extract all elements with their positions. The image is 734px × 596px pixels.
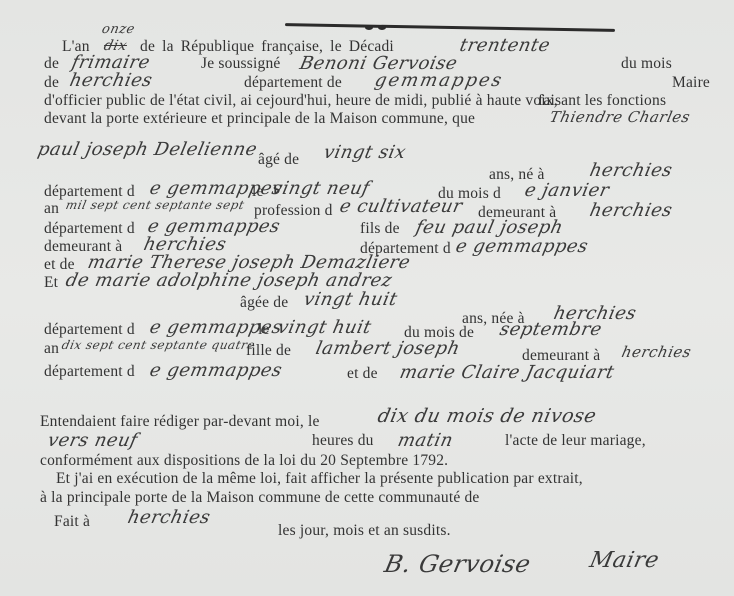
printed-an-15: an [44, 340, 59, 358]
hw-marriage-date: dix du mois de nivose [376, 405, 599, 427]
printed-le-14: le [258, 321, 270, 339]
printed-departement-de: département de [244, 74, 342, 92]
printed-an-8: an [44, 200, 59, 218]
hw-groom-profession: e cultivateur [338, 196, 465, 217]
printed-le-7: le [252, 183, 264, 201]
hw-bride-father: lambert joseph [314, 338, 462, 359]
printed-heures-du: heures du [312, 432, 374, 450]
printed-de: de [44, 55, 59, 73]
hw-groom-birthplace: herchies [588, 160, 675, 181]
printed-fils-de: fils de [360, 220, 400, 238]
printed-entendaient: Entendaient faire rédiger par-devant moi… [40, 413, 320, 431]
printed-soussigne: Je soussigné [201, 55, 280, 73]
hw-groom-surname: Thiendre Charles [548, 108, 692, 126]
printed-de-2: de [44, 74, 59, 92]
printed-devant: devant la porte extérieure et principale… [44, 110, 475, 128]
hw-bride-father-dept: e gemmappes [148, 360, 284, 381]
printed-dept-14: département d [44, 321, 135, 339]
printed-fait-a: Fait à [54, 513, 90, 531]
hw-groom-residence: herchies [588, 200, 675, 221]
printed-et-12: Et [44, 274, 58, 292]
printed-jour-mois-an: les jour, mois et an susdits. [278, 522, 451, 540]
hw-done-at: herchies [126, 507, 213, 528]
printed-et-de-16: et de [347, 365, 378, 383]
printed-dept-9: département d [44, 220, 135, 238]
hw-bride-birth-year: dix sept cent septante quatre [61, 338, 257, 352]
mayor-signature-title: Maire [587, 548, 661, 573]
printed-execution: Et j'ai en exécution de la même loi, fai… [56, 470, 583, 488]
hw-department: gemmappes [373, 70, 505, 91]
hw-time-of-day: matin [396, 430, 455, 451]
ornament-dot [365, 25, 373, 30]
ornament-dot [378, 25, 386, 30]
civil-record-page: L'an dix onze de la République française… [0, 0, 734, 596]
hw-bride-birth-month: septembre [498, 319, 604, 340]
printed-dept-16: département d [44, 363, 135, 381]
printed-principale: à la principale porte de la Maison commu… [40, 489, 480, 507]
header-ornament-rule [285, 23, 615, 32]
hw-bride-name: de marie adolphine joseph andrez [64, 270, 394, 291]
hw-groom-name: paul joseph Delelienne [36, 139, 259, 160]
hw-groom-birth-dept: e gemmappes [148, 178, 284, 199]
hw-decadi: trentente [458, 35, 552, 56]
printed-acte: l'acte de leur mariage, [505, 432, 646, 450]
printed-du-mois: du mois [621, 55, 672, 73]
hw-year-inserted: onze [100, 22, 136, 37]
printed-officier: d'officier public de l'état civil, ai ce… [44, 92, 558, 110]
hw-bride-mother: marie Claire Jacquiart [398, 362, 616, 383]
hw-groom-birth-month: e janvier [523, 180, 611, 201]
mayor-signature: B. Gervoise [382, 550, 533, 578]
hw-groom-age: vingt six [322, 142, 408, 163]
hw-groom-birth-year: mil sept cent septante sept [65, 198, 246, 212]
hw-groom-father: feu paul joseph [414, 217, 565, 238]
hw-marriage-hour: vers neuf [46, 430, 140, 451]
hw-groom-father-dept: e gemmappes [454, 236, 590, 257]
printed-agee-de: âgée de [240, 294, 288, 312]
printed-maire: Maire [672, 74, 710, 92]
hw-bride-birth-day: vingt huit [276, 317, 374, 338]
hw-commune: herchies [68, 70, 155, 91]
hw-bride-age: vingt huit [302, 289, 400, 310]
hw-bride-father-residence: herchies [620, 343, 693, 361]
printed-conformement: conformément aux dispositions de la loi … [40, 452, 448, 470]
printed-fille-de: fille de [246, 342, 291, 360]
printed-age-de: âgé de [258, 151, 299, 169]
